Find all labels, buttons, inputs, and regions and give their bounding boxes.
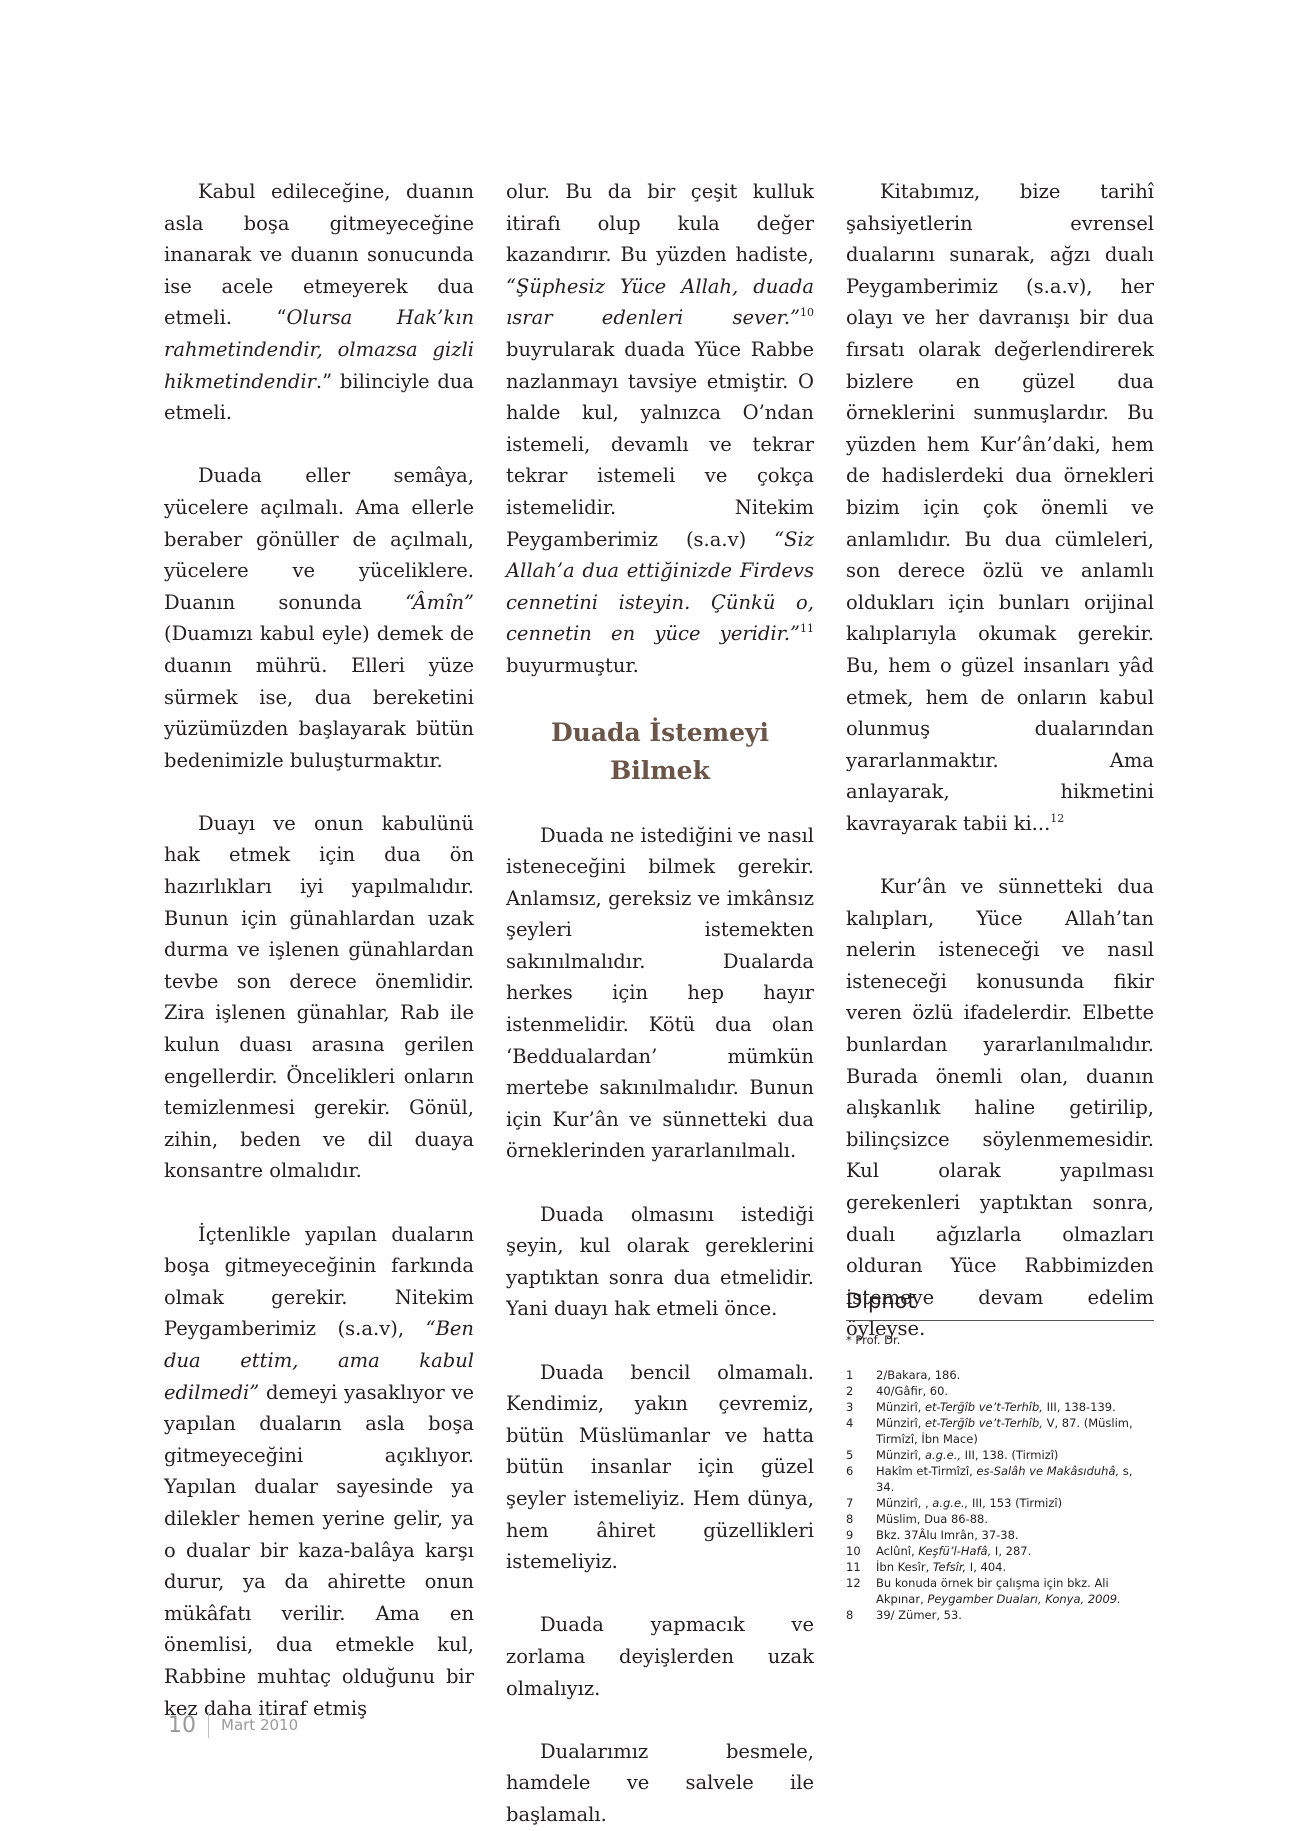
footnote-item: 10 Aclûnî, Keşfü’l-Hafâ, I, 287. <box>846 1543 1154 1559</box>
text-run: I, 404. <box>966 1560 1006 1574</box>
text-run: III, 153 (Tirmizî) <box>968 1496 1062 1510</box>
footnote-text: Hakîm et-Tirmîzî, es-Salâh ve Makâsıduhâ… <box>876 1463 1154 1495</box>
footnote-item: 8 39/ Zümer, 53. <box>846 1607 1154 1623</box>
footnote-text: 39/ Zümer, 53. <box>876 1607 1154 1623</box>
paragraph: Kabul edileceğine, duanın asla boşa gitm… <box>164 176 474 429</box>
source-title: et-Terğîb ve’t-Terhîb, <box>925 1400 1043 1414</box>
text-run: Kitabımız, bize tarihî şahsiyetlerin evr… <box>846 180 1154 835</box>
text-run: Münzirî, , <box>876 1496 932 1510</box>
footnote-number: 1 <box>846 1367 876 1383</box>
paragraph: Duada eller semâya, yücelere açılmalı. A… <box>164 460 474 776</box>
paragraph: Kur’ân ve sünnetteki dua kalıpları, Yüce… <box>846 871 1154 1345</box>
footnote-text: Bkz. 37Âlu Imrân, 37-38. <box>876 1527 1154 1543</box>
text-run: Hakîm et-Tirmîzî, <box>876 1464 976 1478</box>
text-run: Aclûnî, <box>876 1544 918 1558</box>
footnote-number: 8 <box>846 1511 876 1527</box>
footnote-number: 11 <box>846 1559 876 1575</box>
footnote-number: 9 <box>846 1527 876 1543</box>
source-title: a.g.e., <box>932 1496 968 1510</box>
footnote-item: 240/Gâfir, 60. <box>846 1383 1154 1399</box>
footnote-number: 7 <box>846 1495 876 1511</box>
footnote-text: Müslim, Dua 86-88. <box>876 1511 1154 1527</box>
text-run: Münzirî, <box>876 1448 925 1462</box>
footnote-item: 11 İbn Kesîr, Tefsîr, I, 404. <box>846 1559 1154 1575</box>
paragraph: Duada ne istediğini ve nasıl isteneceğin… <box>506 820 814 1168</box>
source-title: Peygamber Duaları, Konya, 2009. <box>927 1592 1120 1606</box>
footnote-text: Bu konuda örnek bir çalışma için bkz. Al… <box>876 1575 1154 1607</box>
footnote-number: 3 <box>846 1399 876 1415</box>
text-run: demeyi yasaklıyor ve yapılan duaların as… <box>164 1381 474 1720</box>
text-column-2: olur. Bu da bir çeşit kulluk itirafı olu… <box>506 176 814 1831</box>
paragraph: İçtenlikle yapılan duaların boşa gitmeye… <box>164 1219 474 1725</box>
footnote-item: 5Münzirî, a.g.e., III, 138. (Tirmizî) <box>846 1447 1154 1463</box>
footnote-number: 2 <box>846 1383 876 1399</box>
footnotes-title: Dipnot <box>846 1286 1154 1321</box>
footnote-item: 6Hakîm et-Tirmîzî, es-Salâh ve Makâsıduh… <box>846 1463 1154 1495</box>
page-number: 10 <box>168 1713 196 1738</box>
source-title: Keşfü’l-Hafâ, <box>918 1544 991 1558</box>
section-heading: Duada İstemeyi Bilmek <box>506 714 814 790</box>
footnote-text: Aclûnî, Keşfü’l-Hafâ, I, 287. <box>876 1543 1154 1559</box>
text-run: buyrularak duada Yüce Rabbe nazlanmayı t… <box>506 338 814 551</box>
footnote-number: 8 <box>846 1607 876 1623</box>
text-run: III, 138-139. <box>1043 1400 1116 1414</box>
footnote-item: 4Münzirî, et-Terğîb ve’t-Terhîb, V, 87. … <box>846 1415 1154 1447</box>
text-run: Münzirî, <box>876 1400 925 1414</box>
source-title: a.g.e., <box>925 1448 961 1462</box>
footnote-list: 12/Bakara, 186. 240/Gâfir, 60. 3Münzirî,… <box>846 1367 1154 1623</box>
text-column-3: Kitabımız, bize tarihî şahsiyetlerin evr… <box>846 176 1154 1345</box>
footnote-text: Münzirî, , a.g.e., III, 153 (Tirmizî) <box>876 1495 1154 1511</box>
footnote-item: 12/Bakara, 186. <box>846 1367 1154 1383</box>
footnote-item: 7 Münzirî, , a.g.e., III, 153 (Tirmizî) <box>846 1495 1154 1511</box>
footnote-text: 40/Gâfir, 60. <box>876 1383 1154 1399</box>
footnote-ref: 10 <box>800 306 814 319</box>
quote-italic: “Şüphesiz Yüce Allah, duada ısrar edenle… <box>506 275 814 330</box>
text-run: buyurmuştur. <box>506 654 639 677</box>
text-run: (Duamızı kabul eyle) demek de duanın müh… <box>164 622 474 771</box>
text-run: III, 138. (Tirmizî) <box>961 1448 1058 1462</box>
text-column-1: Kabul edileceğine, duanın asla boşa gitm… <box>164 176 474 1724</box>
footnotes-section: Dipnot * Prof. Dr. 12/Bakara, 186. 240/G… <box>846 1286 1154 1623</box>
footnote-item: 3Münzirî, et-Terğîb ve’t-Terhîb, III, 13… <box>846 1399 1154 1415</box>
footnote-number: 4 <box>846 1415 876 1447</box>
paragraph: Dualarımız besmele, hamdele ve salvele i… <box>506 1736 814 1831</box>
page-footer: 10 Mart 2010 <box>168 1712 298 1738</box>
author-note: * Prof. Dr. <box>846 1333 1154 1347</box>
source-title: et-Terğîb ve’t-Terhîb, <box>925 1416 1043 1430</box>
source-title: es-Salâh ve Makâsıduhâ, <box>976 1464 1119 1478</box>
text-run: İbn Kesîr, <box>876 1560 933 1574</box>
paragraph: Kitabımız, bize tarihî şahsiyetlerin evr… <box>846 176 1154 839</box>
paragraph: Duada bencil olmamalı. Kendimiz, yakın ç… <box>506 1357 814 1578</box>
footnote-ref: 11 <box>800 622 814 635</box>
footer-divider <box>208 1712 209 1738</box>
footnote-number: 6 <box>846 1463 876 1495</box>
paragraph: olur. Bu da bir çeşit kulluk itirafı olu… <box>506 176 814 682</box>
footnote-item: 12Bu konuda örnek bir çalışma için bkz. … <box>846 1575 1154 1607</box>
text-run: Münzirî, <box>876 1416 925 1430</box>
quote-italic: “Âmîn” <box>405 591 474 614</box>
paragraph: Duada yapmacık ve zorlama deyişlerden uz… <box>506 1609 814 1704</box>
footnote-text: Münzirî, a.g.e., III, 138. (Tirmizî) <box>876 1447 1154 1463</box>
footnote-text: Münzirî, et-Terğîb ve’t-Terhîb, III, 138… <box>876 1399 1154 1415</box>
text-run: I, 287. <box>991 1544 1031 1558</box>
footnote-number: 12 <box>846 1575 876 1607</box>
text-run: olur. Bu da bir çeşit kulluk itirafı olu… <box>506 180 814 266</box>
source-title: Tefsîr, <box>933 1560 966 1574</box>
footnote-number: 10 <box>846 1543 876 1559</box>
paragraph: Duayı ve onun kabulünü hak etmek için du… <box>164 808 474 1187</box>
footnote-text: Münzirî, et-Terğîb ve’t-Terhîb, V, 87. (… <box>876 1415 1154 1447</box>
footnote-text: 2/Bakara, 186. <box>876 1367 1154 1383</box>
footnote-text: İbn Kesîr, Tefsîr, I, 404. <box>876 1559 1154 1575</box>
footnote-item: 9 Bkz. 37Âlu Imrân, 37-38. <box>846 1527 1154 1543</box>
issue-date: Mart 2010 <box>221 1716 298 1734</box>
paragraph: Duada olmasını istediği şeyin, kul olara… <box>506 1199 814 1325</box>
footnote-item: 8 Müslim, Dua 86-88. <box>846 1511 1154 1527</box>
footnote-number: 5 <box>846 1447 876 1463</box>
footnote-ref: 12 <box>1050 812 1064 825</box>
